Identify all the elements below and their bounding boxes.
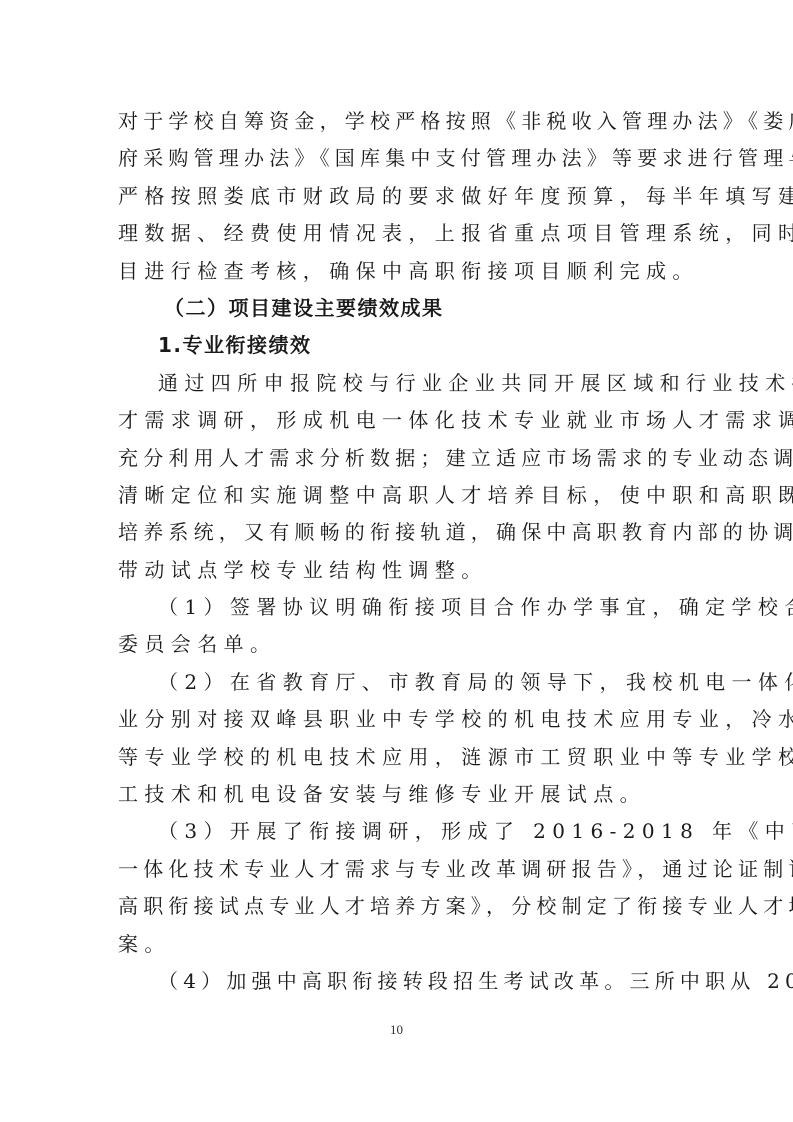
paragraph-item-4: （4）加强中高职衔接转段招生考试改革。三所中职从 2016-2018 <box>118 963 678 1000</box>
paragraph-item-3: （3）开展了衔接调研，形成了 2016-2018 年《中高职衔接机电 一体化技术… <box>118 813 678 963</box>
paragraph-item-2: （2）在省教育厅、市教育局的领导下，我校机电一体化技术专 业分别对接双峰县职业中… <box>118 664 678 814</box>
section-heading: （二）项目建设主要绩效成果 <box>118 290 678 327</box>
text-line: 案。 <box>118 926 678 963</box>
text-line: （2）在省教育厅、市教育局的领导下，我校机电一体化技术专 <box>118 664 678 701</box>
paragraph-funding-management: 对于学校自筹资金，学校严格按照《非税收入管理办法》《娄底市政 府采购管理办法》《… <box>118 103 678 290</box>
paragraph-item-1: （1）签署协议明确衔接项目合作办学事宜，确定学校合作办学 委员会名单。 <box>118 589 678 664</box>
page-number: 10 <box>0 1022 793 1038</box>
text-line: 通过四所申报院校与行业企业共同开展区域和行业技术技能人 <box>118 365 678 402</box>
text-line: 严格按照娄底市财政局的要求做好年度预算，每半年填写建设过程管 <box>118 178 678 215</box>
text-line: 清晰定位和实施调整中高职人才培养目标，使中职和高职既有独立的 <box>118 477 678 514</box>
text-line: 充分利用人才需求分析数据；建立适应市场需求的专业动态调整机制， <box>118 440 678 477</box>
text-line: （3）开展了衔接调研，形成了 2016-2018 年《中高职衔接机电 <box>118 813 678 850</box>
text-line: 培养系统，又有顺畅的衔接轨道，确保中高职教育内部的协调发展， <box>118 514 678 551</box>
text-line: 委员会名单。 <box>118 626 678 663</box>
text-line: 理数据、经费使用情况表，上报省重点项目管理系统，同时每年对项 <box>118 215 678 252</box>
text-line: 高职衔接试点专业人才培养方案》，分校制定了衔接专业人才培养方 <box>118 888 678 925</box>
text-line: 工技术和机电设备安装与维修专业开展试点。 <box>118 776 678 813</box>
text-line: 一体化技术专业人才需求与专业改革调研报告》，通过论证制订《中 <box>118 851 678 888</box>
text-line: 带动试点学校专业结构性调整。 <box>118 552 678 589</box>
paragraph-specialty-connection: 通过四所申报院校与行业企业共同开展区域和行业技术技能人 才需求调研，形成机电一体… <box>118 365 678 589</box>
text-line: （1）签署协议明确衔接项目合作办学事宜，确定学校合作办学 <box>118 589 678 626</box>
document-page: 对于学校自筹资金，学校严格按照《非税收入管理办法》《娄底市政 府采购管理办法》《… <box>118 103 678 1000</box>
text-line: 等专业学校的机电技术应用，涟源市工贸职业中等专业学校的机械加 <box>118 739 678 776</box>
text-line: （4）加强中高职衔接转段招生考试改革。三所中职从 2016-2018 <box>118 963 678 1000</box>
text-line: 目进行检查考核，确保中高职衔接项目顺利完成。 <box>118 253 678 290</box>
text-line: 府采购管理办法》《国库集中支付管理办法》等要求进行管理与使用。 <box>118 140 678 177</box>
subsection-heading: 1.专业衔接绩效 <box>118 327 678 364</box>
text-line: 对于学校自筹资金，学校严格按照《非税收入管理办法》《娄底市政 <box>118 103 678 140</box>
text-line: 业分别对接双峰县职业中专学校的机电技术应用专业，冷水江工业中 <box>118 701 678 738</box>
text-line: 才需求调研，形成机电一体化技术专业就业市场人才需求调研报告并 <box>118 402 678 439</box>
